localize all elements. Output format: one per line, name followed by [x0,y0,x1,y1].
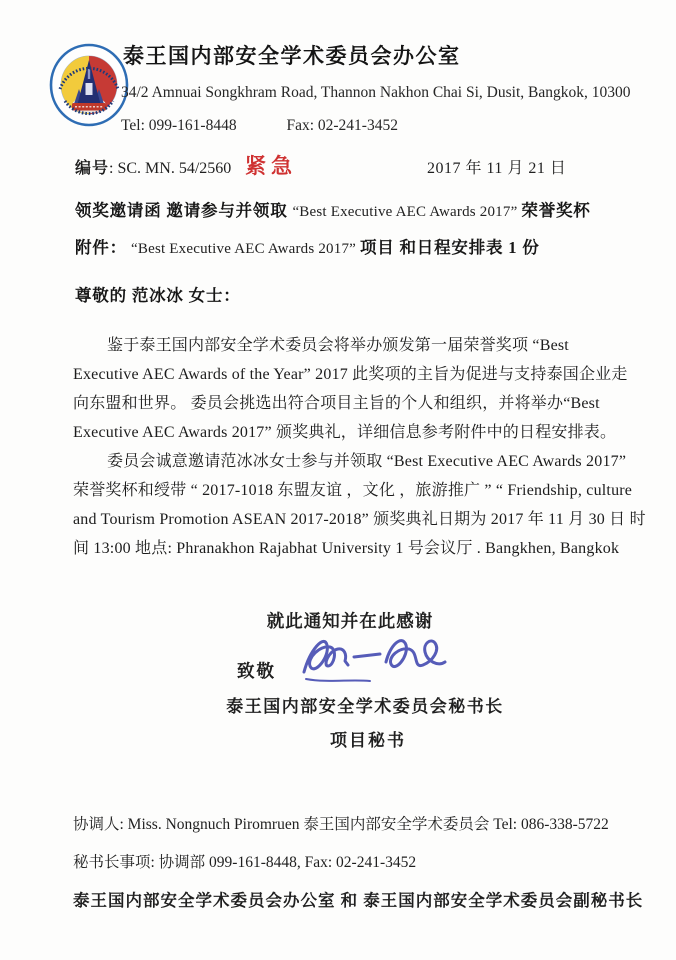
subject-prefix: 领奖邀请函 邀请参与并领取 [75,201,292,220]
signer-title: 泰王国内部安全学术委员会秘书长 [0,692,676,717]
footer-secretary-contact: 秘书长事项: 协调部 099-161-8448, Fax: 02-241-345… [73,850,416,872]
body-line: 荣誉奖杯和绶带 “ 2017-1018 东盟友谊 ，文化 ，旅游推广 ” “ F… [73,476,618,505]
body-line: 委员会诚意邀请范冰冰女士参与并领取 “Best Executive AEC Aw… [73,447,618,476]
ref-number: 编号: SC. MN. 54/2560 [75,155,231,178]
ref-label: 编号 [75,160,109,177]
footer-office-line: 泰王国内部安全学术委员会办公室 和 泰王国内部安全学术委员会副秘书长 [73,887,643,911]
letter-page: 泰王国内部安全学术委员会办公室 34/2 Amnuai Songkhram Ro… [0,0,676,960]
attachment-label: 附件： [75,238,127,257]
org-fax: Fax: 02-241-3452 [286,117,398,134]
attachment-suffix: 项目 和日程安排表 1 份 [360,238,540,257]
attachment-award-name: “Best Executive AEC Awards 2017” [131,241,360,257]
body-line: 鉴于泰王国内部安全学术委员会将举办颁发第一届荣誉奖项 “Best [73,331,618,360]
ref-value: : SC. MN. 54/2560 [109,160,231,177]
org-contact-line: Tel: 099-161-8448 Fax: 02-241-3452 [121,117,398,135]
org-tel: Tel: 099-161-8448 [121,117,237,134]
salutation: 尊敬的 范冰冰 女士： [75,282,241,306]
meta-row: 编号: SC. MN. 54/2560 紧急 2017 年 11 月 21 日 [75,152,615,184]
org-title: 泰王国内部安全学术委员会办公室 [123,40,461,70]
body-line: 间 13:00 地点: Phranakhon Rajabhat Universi… [73,534,618,563]
body-line: and Tourism Promotion ASEAN 2017-2018” 颁… [73,505,618,534]
signature-image [290,624,465,686]
subject-suffix: 荣誉奖杯 [521,201,590,220]
body-line: Executive AEC Awards 2017” 颁奖典礼，详细信息参考附件… [73,418,618,447]
body-line: 向东盟和世界。 委员会挑选出符合项目主旨的个人和组织，并将举办“Best [73,389,618,418]
signer-role: 项目秘书 [0,726,676,751]
letter-body: 鉴于泰王国内部安全学术委员会将举办颁发第一届荣誉奖项 “Best Executi… [73,331,618,563]
letter-date: 2017 年 11 月 21 日 [427,155,566,178]
body-line: Executive AEC Awards of the Year” 2017 此… [73,360,618,389]
org-address: 34/2 Amnuai Songkhram Road, Thannon Nakh… [121,84,630,102]
committee-seal-logo [49,43,129,127]
footer-coordinator: 协调人: Miss. Nongnuch Piromruen 泰王国内部安全学术委… [73,812,609,834]
attachment-line: 附件： “Best Executive AEC Awards 2017” 项目 … [75,234,540,258]
closing-regards: 致敬 [237,658,276,683]
subject-line: 领奖邀请函 邀请参与并领取 “Best Executive AEC Awards… [75,197,591,221]
urgent-stamp: 紧急 [245,150,297,180]
subject-award-name: “Best Executive AEC Awards 2017” [292,204,521,220]
